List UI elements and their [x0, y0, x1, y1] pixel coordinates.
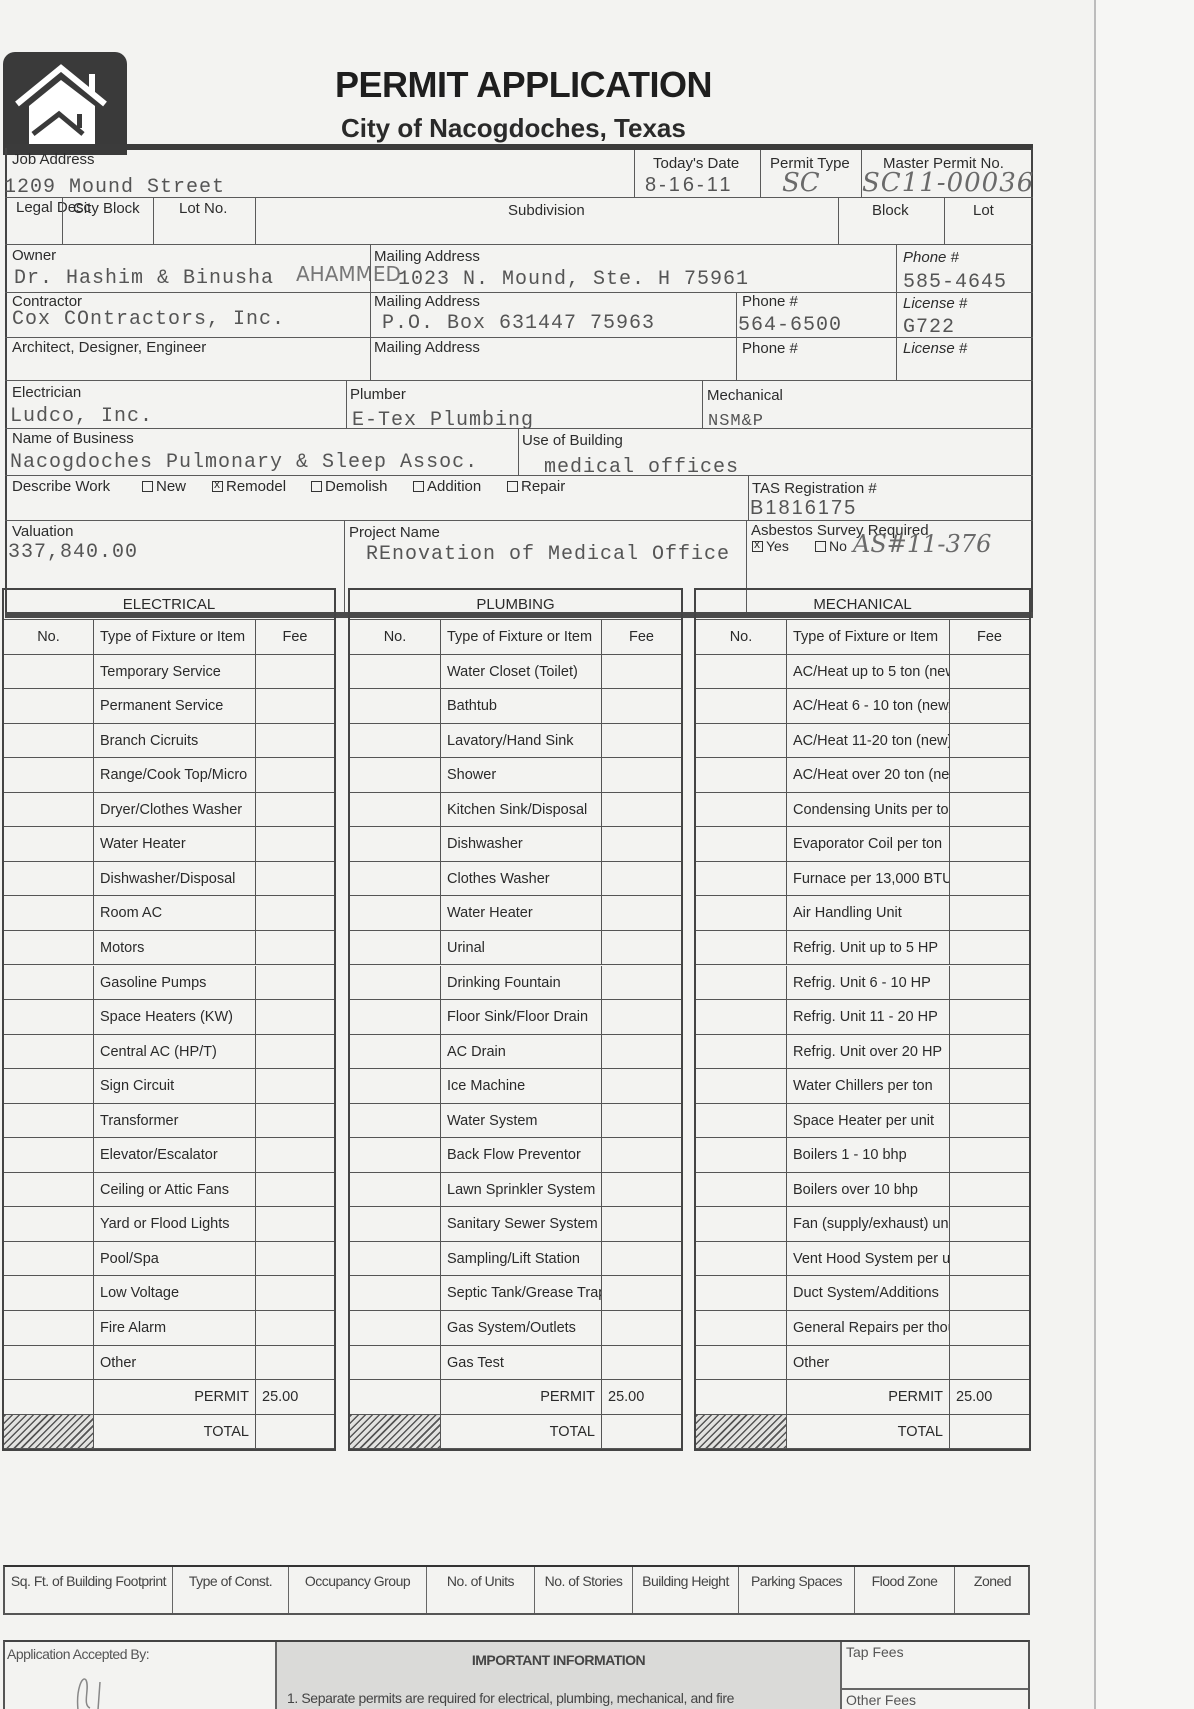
- quantity-cell[interactable]: [4, 1311, 94, 1345]
- work-option-demolish[interactable]: Demolish: [311, 478, 388, 495]
- asbestos-yes-text: Yes: [766, 538, 789, 554]
- quantity-cell[interactable]: [350, 1173, 441, 1207]
- fee-cell[interactable]: [256, 1138, 334, 1172]
- table-row: Room AC: [4, 896, 334, 931]
- fixture-item-label: Boilers over 10 bhp: [787, 1173, 950, 1207]
- quantity-cell[interactable]: [696, 827, 787, 861]
- fee-cell[interactable]: [950, 827, 1029, 861]
- fee-cell[interactable]: [950, 966, 1029, 1000]
- table-row: Temporary Service: [4, 655, 334, 690]
- quantity-cell[interactable]: [4, 1138, 94, 1172]
- quantity-cell[interactable]: [4, 1000, 94, 1034]
- stat-label: Type of Const.: [189, 1573, 272, 1589]
- fee-cell[interactable]: [256, 793, 334, 827]
- total-fee-cell[interactable]: [602, 1415, 681, 1449]
- quantity-cell[interactable]: [4, 724, 94, 758]
- work-option-label: New: [156, 478, 186, 495]
- quantity-cell[interactable]: [4, 931, 94, 965]
- owner-phone-field[interactable]: 585-4645: [903, 271, 1007, 294]
- fee-cell[interactable]: [602, 896, 681, 930]
- table-row: Clothes Washer: [350, 862, 681, 897]
- fee-cell[interactable]: [950, 931, 1029, 965]
- quantity-cell[interactable]: [696, 1035, 787, 1069]
- quantity-cell[interactable]: [350, 1069, 441, 1103]
- plumber-field[interactable]: E-Tex Plumbing: [352, 409, 534, 429]
- fee-cell[interactable]: [256, 1104, 334, 1138]
- quantity-cell[interactable]: [4, 793, 94, 827]
- master-permit-field[interactable]: SC11-00036: [862, 168, 1034, 198]
- other-fees-field[interactable]: Other Fees: [842, 1690, 1028, 1709]
- col-header-no: No.: [350, 620, 441, 654]
- quantity-cell[interactable]: [350, 793, 441, 827]
- fixture-item-label: AC/Heat 11-20 ton (new): [787, 724, 950, 758]
- quantity-cell[interactable]: [696, 689, 787, 723]
- fixture-item-label: Vent Hood System per unit: [787, 1242, 950, 1276]
- describe-work-label: Describe Work: [12, 478, 110, 495]
- fixture-item-label: Branch Cicruits: [94, 724, 256, 758]
- fixture-item-label: Transformer: [94, 1104, 256, 1138]
- fee-cell[interactable]: [256, 896, 334, 930]
- quantity-cell[interactable]: [696, 1346, 787, 1380]
- fee-cell[interactable]: [950, 862, 1029, 896]
- table-row: Duct System/Additions: [696, 1276, 1029, 1311]
- stat-field-0[interactable]: Sq. Ft. of Building Footprint: [5, 1567, 173, 1613]
- fixture-item-label: Air Handling Unit: [787, 896, 950, 930]
- quantity-cell[interactable]: [350, 724, 441, 758]
- quantity-cell[interactable]: [350, 758, 441, 792]
- quantity-cell[interactable]: [696, 1207, 787, 1241]
- contractor-phone-field[interactable]: 564-6500: [738, 314, 842, 337]
- fee-cell[interactable]: [602, 931, 681, 965]
- table-row: Space Heater per unit: [696, 1104, 1029, 1139]
- project-name-field[interactable]: REnovation of Medical Office: [366, 543, 730, 563]
- fee-cell[interactable]: [602, 1035, 681, 1069]
- quantity-cell[interactable]: [4, 1242, 94, 1276]
- fixture-item-label: Space Heaters (KW): [94, 1000, 256, 1034]
- fee-cell[interactable]: [950, 1311, 1029, 1345]
- fixture-item-label: Fire Alarm: [94, 1311, 256, 1345]
- quantity-cell[interactable]: [350, 1311, 441, 1345]
- fixture-item-label: Ceiling or Attic Fans: [94, 1173, 256, 1207]
- fee-cell[interactable]: [950, 689, 1029, 723]
- quantity-cell[interactable]: [4, 1069, 94, 1103]
- work-checkbox-repair[interactable]: [507, 481, 518, 492]
- quantity-cell[interactable]: [350, 1242, 441, 1276]
- fixture-item-label: AC/Heat over 20 ton (new): [787, 758, 950, 792]
- stat-label: Occupancy Group: [305, 1573, 410, 1589]
- quantity-cell[interactable]: [4, 1104, 94, 1138]
- fixture-item-label: Kitchen Sink/Disposal: [441, 793, 602, 827]
- asbestos-yes-checkbox[interactable]: [752, 541, 763, 552]
- quantity-cell[interactable]: [696, 896, 787, 930]
- fee-cell[interactable]: [256, 862, 334, 896]
- fee-cell[interactable]: [950, 1069, 1029, 1103]
- total-label: TOTAL: [94, 1415, 256, 1449]
- fee-cell[interactable]: [602, 689, 681, 723]
- owner-mailing-field[interactable]: 1023 N. Mound, Ste. H 75961: [398, 268, 749, 291]
- quantity-cell[interactable]: [4, 862, 94, 896]
- fee-cell[interactable]: [602, 1104, 681, 1138]
- fee-cell[interactable]: [602, 793, 681, 827]
- fee-cell[interactable]: [950, 1276, 1029, 1310]
- fee-cell[interactable]: [256, 758, 334, 792]
- asbestos-no-text: No: [829, 538, 847, 554]
- todays-date-field[interactable]: 8-16-11: [645, 174, 733, 197]
- lot-no-label: Lot No.: [179, 200, 227, 217]
- fee-cell[interactable]: [256, 1276, 334, 1310]
- quantity-cell[interactable]: [350, 862, 441, 896]
- fixture-item-label: Bathtub: [441, 689, 602, 723]
- stat-field-5[interactable]: Building Height: [633, 1567, 739, 1613]
- owner-field[interactable]: Dr. Hashim & Binusha: [14, 267, 274, 290]
- section-plumbing: PLUMBINGNo.Type of Fixture or ItemFeeWat…: [348, 588, 683, 1451]
- fee-cell[interactable]: [256, 1035, 334, 1069]
- quantity-cell[interactable]: [696, 1104, 787, 1138]
- fixture-item-label: General Repairs per thou.: [787, 1311, 950, 1345]
- quantity-cell[interactable]: [4, 1276, 94, 1310]
- fee-cell[interactable]: [602, 1207, 681, 1241]
- permit-row: PERMIT25.00: [696, 1380, 1029, 1415]
- quantity-cell[interactable]: [696, 1311, 787, 1345]
- quantity-cell[interactable]: [350, 1346, 441, 1380]
- fixture-item-label: Back Flow Preventor: [441, 1138, 602, 1172]
- contractor-mailing-field[interactable]: P.O. Box 631447 75963: [382, 312, 655, 335]
- fee-cell[interactable]: [256, 655, 334, 689]
- fee-cell[interactable]: [602, 1173, 681, 1207]
- table-row: Water Chillers per ton: [696, 1069, 1029, 1104]
- form-title: PERMIT APPLICATION: [335, 64, 712, 106]
- permit-row: PERMIT25.00: [350, 1380, 681, 1415]
- quantity-cell[interactable]: [350, 1207, 441, 1241]
- quantity-cell[interactable]: [350, 966, 441, 1000]
- work-option-new[interactable]: New: [142, 478, 186, 495]
- fee-cell[interactable]: [256, 931, 334, 965]
- table-row: Boilers over 10 bhp: [696, 1173, 1029, 1208]
- city-logo: [3, 52, 127, 155]
- quantity-cell[interactable]: [4, 896, 94, 930]
- quantity-cell[interactable]: [350, 689, 441, 723]
- quantity-cell[interactable]: [4, 758, 94, 792]
- table-row: Sanitary Sewer System: [350, 1207, 681, 1242]
- quantity-cell[interactable]: [350, 655, 441, 689]
- fixture-item-label: Drinking Fountain: [441, 966, 602, 1000]
- table-row: Elevator/Escalator: [4, 1138, 334, 1173]
- table-header-row: No.Type of Fixture or ItemFee: [4, 620, 334, 655]
- quantity-cell[interactable]: [696, 758, 787, 792]
- fixture-item-label: Duct System/Additions: [787, 1276, 950, 1310]
- permit-row: PERMIT25.00: [4, 1380, 334, 1415]
- fee-cell[interactable]: [950, 1173, 1029, 1207]
- fee-cell[interactable]: [602, 758, 681, 792]
- fee-cell[interactable]: [950, 1000, 1029, 1034]
- stat-field-3[interactable]: No. of Units: [427, 1567, 535, 1613]
- stat-field-7[interactable]: Flood Zone: [855, 1567, 955, 1613]
- quantity-cell[interactable]: [696, 655, 787, 689]
- asbestos-yes-option[interactable]: Yes: [752, 538, 789, 554]
- work-checkbox-remodel[interactable]: [212, 481, 223, 492]
- fixture-item-label: Gasoline Pumps: [94, 966, 256, 1000]
- fixture-item-label: Room AC: [94, 896, 256, 930]
- col-header-fee: Fee: [256, 620, 334, 654]
- quantity-cell[interactable]: [4, 655, 94, 689]
- work-option-addition[interactable]: Addition: [413, 478, 481, 495]
- table-row: Dishwasher: [350, 827, 681, 862]
- work-checkbox-addition[interactable]: [413, 481, 424, 492]
- fee-cell[interactable]: [602, 862, 681, 896]
- permit-fee-cell[interactable]: 25.00: [256, 1380, 334, 1414]
- total-label: TOTAL: [441, 1415, 602, 1449]
- quantity-cell[interactable]: [4, 966, 94, 1000]
- fixture-item-label: Gas Test: [441, 1346, 602, 1380]
- lot-label: Lot: [973, 202, 994, 219]
- table-row: AC/Heat up to 5 ton (new): [696, 655, 1029, 690]
- fee-cell[interactable]: [256, 724, 334, 758]
- business-name-field[interactable]: Nacogdoches Pulmonary & Sleep Assoc.: [10, 451, 478, 474]
- section-title: PLUMBING: [350, 590, 681, 620]
- business-name-label: Name of Business: [12, 430, 134, 447]
- other-fees-label: Other Fees: [846, 1692, 916, 1708]
- architect-mailing-label: Mailing Address: [374, 339, 480, 356]
- fee-cell[interactable]: [602, 827, 681, 861]
- asbestos-no-option[interactable]: No: [815, 538, 847, 554]
- table-row: Dishwasher/Disposal: [4, 862, 334, 897]
- section-electrical: ELECTRICALNo.Type of Fixture or ItemFeeT…: [2, 588, 336, 1451]
- fee-cell[interactable]: [256, 966, 334, 1000]
- fee-cell[interactable]: [256, 827, 334, 861]
- work-checkbox-new[interactable]: [142, 481, 153, 492]
- quantity-cell[interactable]: [696, 1242, 787, 1276]
- quantity-cell[interactable]: [696, 1173, 787, 1207]
- blank-cell: [350, 1380, 441, 1414]
- job-address-label: Job Address: [12, 151, 95, 168]
- fee-cell[interactable]: [602, 655, 681, 689]
- tap-fees-field[interactable]: Tap Fees: [842, 1642, 1028, 1690]
- total-fee-cell[interactable]: [256, 1415, 334, 1449]
- fee-cell[interactable]: [602, 724, 681, 758]
- table-row: Pool/Spa: [4, 1242, 334, 1277]
- table-row: Sampling/Lift Station: [350, 1242, 681, 1277]
- table-row: Fan (supply/exhaust) unit: [696, 1207, 1029, 1242]
- mechanical-field[interactable]: NSM&P: [708, 412, 764, 429]
- fee-cell[interactable]: [950, 1035, 1029, 1069]
- table-row: Water System: [350, 1104, 681, 1139]
- fixture-item-label: Permanent Service: [94, 689, 256, 723]
- fee-cell[interactable]: [950, 1346, 1029, 1380]
- fixture-item-label: Elevator/Escalator: [94, 1138, 256, 1172]
- important-info-title: IMPORTANT INFORMATION: [277, 1652, 840, 1668]
- electrician-field[interactable]: Ludco, Inc.: [10, 405, 153, 428]
- permit-label: PERMIT: [441, 1380, 602, 1414]
- stat-label: Flood Zone: [872, 1573, 938, 1589]
- fee-cell[interactable]: [256, 1311, 334, 1345]
- fixture-item-label: Lavatory/Hand Sink: [441, 724, 602, 758]
- total-row: TOTAL: [696, 1415, 1029, 1450]
- fee-cell[interactable]: [950, 793, 1029, 827]
- table-header-row: No.Type of Fixture or ItemFee: [696, 620, 1029, 655]
- quantity-cell[interactable]: [350, 1276, 441, 1310]
- stat-field-8[interactable]: Zoned: [955, 1567, 1030, 1613]
- quantity-cell[interactable]: [350, 896, 441, 930]
- contractor-field[interactable]: Cox COntractors, Inc.: [12, 308, 285, 331]
- fee-cell[interactable]: [602, 1276, 681, 1310]
- contractor-phone-label: Phone #: [742, 293, 798, 310]
- quantity-cell[interactable]: [696, 1069, 787, 1103]
- form-footer: Application Accepted By: IMPORTANT INFOR…: [3, 1640, 1030, 1709]
- tas-label: TAS Registration #: [752, 480, 877, 497]
- valuation-field[interactable]: 337,840.00: [8, 541, 138, 564]
- blank-cell: [696, 1380, 787, 1414]
- fee-cell[interactable]: [602, 1138, 681, 1172]
- fee-cell[interactable]: [950, 1242, 1029, 1276]
- table-row: Shower: [350, 758, 681, 793]
- quantity-cell[interactable]: [696, 966, 787, 1000]
- quantity-cell[interactable]: [350, 1035, 441, 1069]
- quantity-cell[interactable]: [696, 724, 787, 758]
- architect-label: Architect, Designer, Engineer: [12, 339, 206, 356]
- table-row: Water Closet (Toilet): [350, 655, 681, 690]
- section-mechanical: MECHANICALNo.Type of Fixture or ItemFeeA…: [694, 588, 1031, 1451]
- fee-cell[interactable]: [950, 655, 1029, 689]
- table-row: Furnace per 13,000 BTU: [696, 862, 1029, 897]
- quantity-cell[interactable]: [350, 1000, 441, 1034]
- blank-cell: [4, 1380, 94, 1414]
- fixture-item-label: Refrig. Unit 11 - 20 HP: [787, 1000, 950, 1034]
- permit-label: PERMIT: [94, 1380, 256, 1414]
- fee-cell[interactable]: [256, 1000, 334, 1034]
- fixture-item-label: Pool/Spa: [94, 1242, 256, 1276]
- fee-cell[interactable]: [256, 1173, 334, 1207]
- quantity-cell[interactable]: [350, 1104, 441, 1138]
- work-option-label: Remodel: [226, 478, 286, 495]
- quantity-cell[interactable]: [350, 827, 441, 861]
- fee-cell[interactable]: [950, 1138, 1029, 1172]
- fee-cell[interactable]: [256, 689, 334, 723]
- quantity-cell[interactable]: [4, 1346, 94, 1380]
- fee-cell[interactable]: [256, 1069, 334, 1103]
- fee-cell[interactable]: [602, 1242, 681, 1276]
- table-row: Condensing Units per ton: [696, 793, 1029, 828]
- work-checkbox-demolish[interactable]: [311, 481, 322, 492]
- table-row: Boilers 1 - 10 bhp: [696, 1138, 1029, 1173]
- stat-field-6[interactable]: Parking Spaces: [739, 1567, 855, 1613]
- quantity-cell[interactable]: [4, 1207, 94, 1241]
- work-option-repair[interactable]: Repair: [507, 478, 565, 495]
- architect-phone-label: Phone #: [742, 340, 798, 357]
- fee-cell[interactable]: [602, 1311, 681, 1345]
- stat-label: Zoned: [974, 1573, 1011, 1589]
- fee-cell[interactable]: [256, 1242, 334, 1276]
- table-row: AC Drain: [350, 1035, 681, 1070]
- table-row: Permanent Service: [4, 689, 334, 724]
- fee-cell[interactable]: [602, 1069, 681, 1103]
- quantity-cell[interactable]: [4, 827, 94, 861]
- quantity-cell[interactable]: [696, 1276, 787, 1310]
- quantity-cell[interactable]: [696, 931, 787, 965]
- table-row: Yard or Flood Lights: [4, 1207, 334, 1242]
- table-row: Range/Cook Top/Micro: [4, 758, 334, 793]
- quantity-cell[interactable]: [696, 793, 787, 827]
- fixture-item-label: Shower: [441, 758, 602, 792]
- quantity-cell[interactable]: [350, 931, 441, 965]
- quantity-cell[interactable]: [696, 1138, 787, 1172]
- valuation-label: Valuation: [12, 523, 73, 540]
- table-row: Other: [4, 1346, 334, 1381]
- fee-cell[interactable]: [950, 724, 1029, 758]
- quantity-cell[interactable]: [350, 1138, 441, 1172]
- fee-cell[interactable]: [950, 758, 1029, 792]
- fixture-item-label: Space Heater per unit: [787, 1104, 950, 1138]
- quantity-cell[interactable]: [4, 689, 94, 723]
- permit-fee-cell[interactable]: 25.00: [950, 1380, 1029, 1414]
- quantity-cell[interactable]: [4, 1035, 94, 1069]
- total-fee-cell[interactable]: [950, 1415, 1029, 1449]
- fixture-item-label: Gas System/Outlets: [441, 1311, 602, 1345]
- asbestos-no-checkbox[interactable]: [815, 541, 826, 552]
- table-row: Central AC (HP/T): [4, 1035, 334, 1070]
- table-header-row: No.Type of Fixture or ItemFee: [350, 620, 681, 655]
- fixture-item-label: Sampling/Lift Station: [441, 1242, 602, 1276]
- fee-cell[interactable]: [256, 1346, 334, 1380]
- fixture-item-label: Dishwasher: [441, 827, 602, 861]
- job-address-field[interactable]: 1209 Mound Street: [4, 176, 225, 199]
- table-row: Low Voltage: [4, 1276, 334, 1311]
- fee-cell[interactable]: [602, 1000, 681, 1034]
- stat-label: Building Height: [642, 1573, 729, 1589]
- fee-cell[interactable]: [602, 1346, 681, 1380]
- permit-type-field[interactable]: SC: [782, 168, 820, 198]
- tap-fees-label: Tap Fees: [846, 1644, 904, 1660]
- fee-cell[interactable]: [950, 1104, 1029, 1138]
- total-label: TOTAL: [787, 1415, 950, 1449]
- tas-field[interactable]: B1816175: [750, 497, 857, 520]
- fee-cell[interactable]: [950, 896, 1029, 930]
- work-option-remodel[interactable]: Remodel: [212, 478, 286, 495]
- hatched-cell: [4, 1415, 94, 1449]
- fixture-item-label: Refrig. Unit over 20 HP: [787, 1035, 950, 1069]
- accepted-by-label: Application Accepted By:: [7, 1646, 149, 1662]
- accepted-by-cell: Application Accepted By:: [5, 1642, 277, 1709]
- fee-cell[interactable]: [256, 1207, 334, 1241]
- important-info-panel: IMPORTANT INFORMATION 1. Separate permit…: [277, 1642, 842, 1709]
- stat-field-4[interactable]: No. of Stories: [535, 1567, 633, 1613]
- table-row: AC/Heat over 20 ton (new): [696, 758, 1029, 793]
- quantity-cell[interactable]: [4, 1173, 94, 1207]
- table-row: Evaporator Coil per ton: [696, 827, 1029, 862]
- total-row: TOTAL: [4, 1415, 334, 1450]
- table-row: Transformer: [4, 1104, 334, 1139]
- fixture-item-label: AC Drain: [441, 1035, 602, 1069]
- permit-fee-cell[interactable]: 25.00: [602, 1380, 681, 1414]
- contractor-license-label: License #: [903, 295, 967, 312]
- building-stats-row: Sq. Ft. of Building FootprintType of Con…: [3, 1565, 1030, 1615]
- stat-label: Sq. Ft. of Building Footprint: [11, 1573, 166, 1589]
- owner-mailing-label: Mailing Address: [374, 248, 480, 265]
- hatched-cell: [350, 1415, 441, 1449]
- work-option-label: Repair: [521, 478, 565, 495]
- quantity-cell[interactable]: [696, 862, 787, 896]
- stat-field-2[interactable]: Occupancy Group: [289, 1567, 427, 1613]
- permit-label: PERMIT: [787, 1380, 950, 1414]
- table-row: Bathtub: [350, 689, 681, 724]
- table-row: Air Handling Unit: [696, 896, 1029, 931]
- contractor-license-field[interactable]: G722: [903, 316, 955, 339]
- fee-cell[interactable]: [950, 1207, 1029, 1241]
- fee-cell[interactable]: [602, 966, 681, 1000]
- table-row: Vent Hood System per unit: [696, 1242, 1029, 1277]
- table-row: Drinking Fountain: [350, 966, 681, 1001]
- stat-field-1[interactable]: Type of Const.: [173, 1567, 289, 1613]
- quantity-cell[interactable]: [696, 1000, 787, 1034]
